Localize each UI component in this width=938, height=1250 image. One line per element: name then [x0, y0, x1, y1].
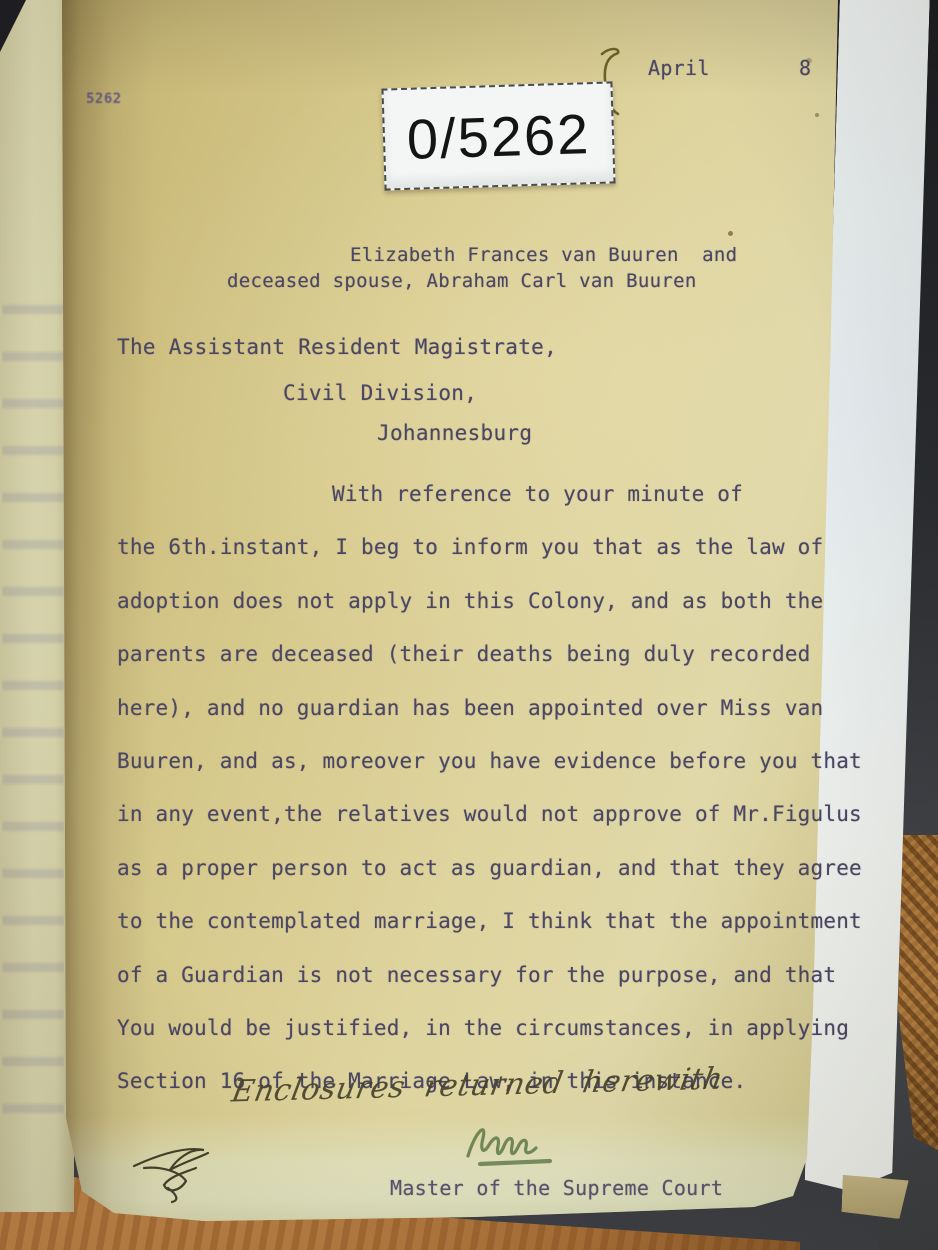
body-line: With reference to your minute of — [117, 482, 877, 535]
body-line: parents are deceased (their deaths being… — [117, 642, 877, 695]
archival-document-photo: 5262 April 8 0/5262 Elizabeth Frances va… — [0, 0, 938, 1250]
body-line: adoption does not apply in this Colony, … — [117, 589, 877, 642]
body-line: to the contemplated marriage, I think th… — [117, 909, 877, 962]
page-corner-under-sheet — [841, 1175, 908, 1219]
body-line: in any event,the relatives would not app… — [117, 802, 877, 855]
body-line: as a proper person to act as guardian, a… — [117, 856, 877, 909]
re-line-1: Elizabeth Frances van Buuren and — [350, 244, 737, 266]
date-day: 8 — [799, 56, 811, 80]
date-month: April — [648, 56, 710, 80]
paper-speck — [728, 231, 733, 236]
letter-body: With reference to your minute of the 6th… — [117, 482, 877, 1123]
addressee-line-1: The Assistant Resident Magistrate, — [117, 335, 557, 359]
re-line-2: deceased spouse, Abraham Carl van Buuren — [227, 270, 697, 292]
folio-number-stamp: 5262 — [86, 91, 122, 107]
addressee-line-2: Civil Division, — [283, 381, 477, 405]
body-line: of a Guardian is not necessary for the p… — [117, 963, 877, 1016]
archive-label: 0/5262 — [381, 81, 615, 190]
paraph-initials-mark — [128, 1136, 236, 1208]
archive-label-number: 0/5262 — [406, 101, 591, 172]
addressee-line-3: Johannesburg — [377, 421, 532, 445]
paper-speck — [815, 113, 819, 117]
body-line: You would be justified, in the circumsta… — [117, 1016, 877, 1069]
body-line: the 6th.instant, I beg to inform you tha… — [117, 535, 877, 588]
signature-mark — [438, 1114, 578, 1172]
signoff-title: Master of the Supreme Court — [390, 1176, 723, 1200]
body-line: here), and no guardian has been appointe… — [117, 696, 877, 749]
body-line: Buuren, and as, moreover you have eviden… — [117, 749, 877, 802]
bleed-through-text — [2, 285, 64, 1125]
